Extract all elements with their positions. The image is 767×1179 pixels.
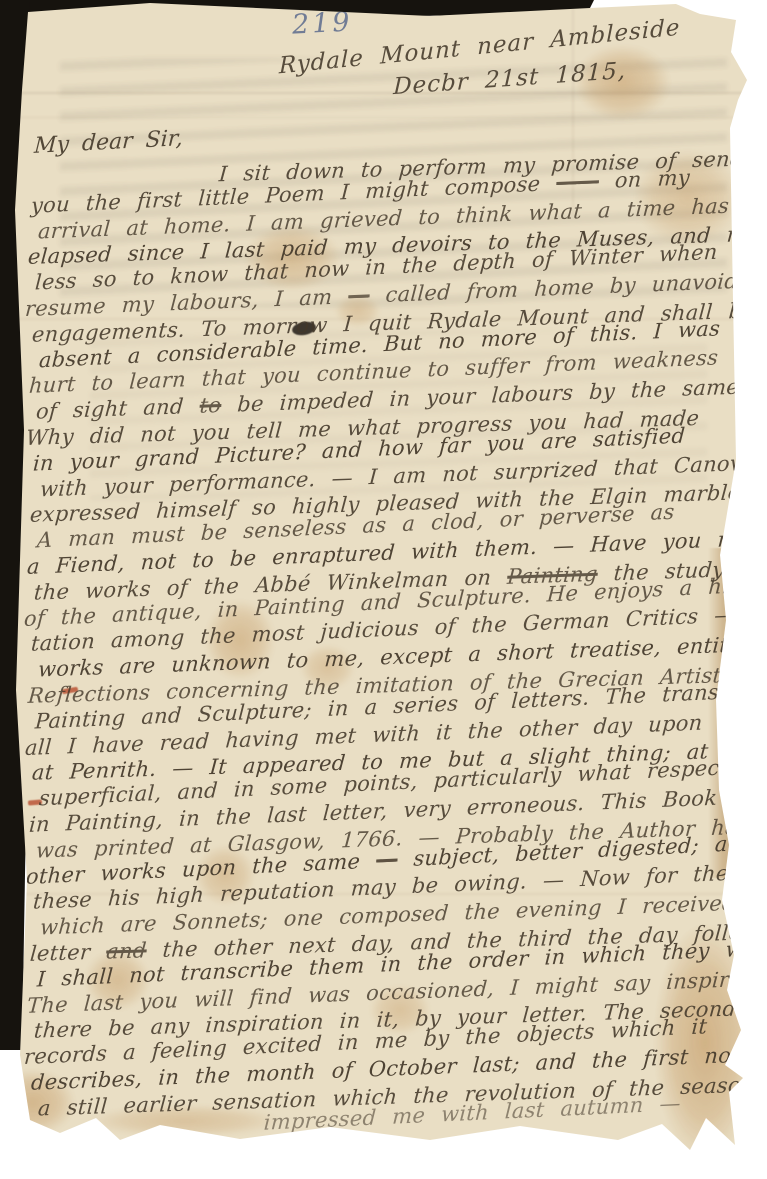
struck-out-word: little <box>744 858 767 884</box>
letter-salutation: My dear Sir, <box>33 126 183 159</box>
struck-out-word: —— <box>556 169 600 195</box>
letter-body: I sit down to perform my promise of send… <box>24 168 738 1148</box>
manuscript-scan: 219 Rydale Mount near Ambleside Decbr 21… <box>0 0 767 1179</box>
fold-crease <box>0 117 767 118</box>
struck-out-word: to <box>199 393 222 418</box>
struck-out-word: and <box>105 938 147 963</box>
struck-out-word: — <box>348 283 371 308</box>
struck-out-word: — <box>376 847 399 872</box>
letter-paper: 219 Rydale Mount near Ambleside Decbr 21… <box>0 0 767 1179</box>
